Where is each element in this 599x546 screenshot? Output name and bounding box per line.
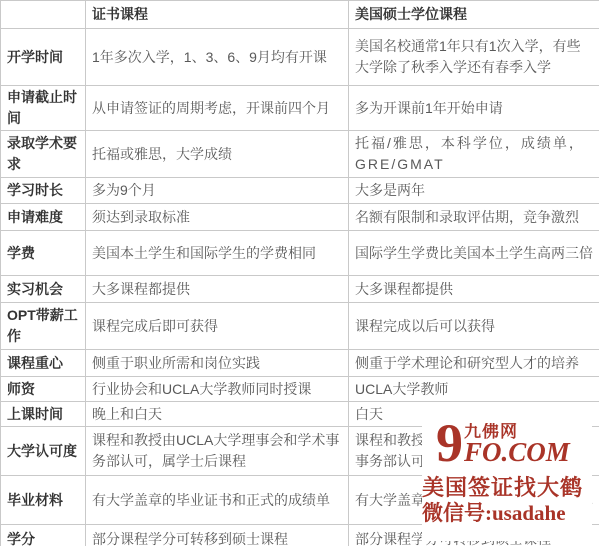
table-row: 师资 行业协会和UCLA大学教师同时授课 UCLA大学教师 [1,377,599,402]
cert-cell: 行业协会和UCLA大学教师同时授课 [86,377,349,402]
cert-cell: 多为9个月 [86,178,349,204]
table-row: 开学时间 1年多次入学，1、3、6、9月均有开课 美国名校通常1年只有1次入学，… [1,29,599,86]
row-label: 学分 [1,525,86,546]
master-cell: 多为开课前1年开始申请 [349,86,599,131]
table-header-row: 证书课程 美国硕士学位课程 [1,1,599,29]
watermark-slogan: 美国签证找大鹤 [422,475,592,501]
cert-cell: 课程完成后即可获得 [86,303,349,350]
table-row: 实习机会 大多课程都提供 大多课程都提供 [1,276,599,303]
master-cell: 美国名校通常1年只有1次入学，有些大学除了秋季入学还有春季入学 [349,29,599,86]
site-logo: 9 九佛网 FO.COM [436,423,592,467]
row-label: 上课时间 [1,402,86,427]
master-cell: 侧重于学术理论和研究型人才的培养 [349,350,599,377]
row-label: 申请难度 [1,204,86,231]
row-label: OPT带薪工作 [1,303,86,350]
row-label: 师资 [1,377,86,402]
cert-cell: 大多课程都提供 [86,276,349,303]
master-cell: 托福/雅思，本科学位，成绩单，GRE/GMAT [349,131,599,178]
row-label: 学习时长 [1,178,86,204]
cert-cell: 有大学盖章的毕业证书和正式的成绩单 [86,476,349,525]
row-label: 开学时间 [1,29,86,86]
table-row: 学费 美国本土学生和国际学生的学费相同 国际学生学费比美国本土学生高两三倍 [1,231,599,276]
header-corner-cell [1,1,86,29]
master-cell: 名额有限制和录取评估期，竞争激烈 [349,204,599,231]
site-watermark: 9 九佛网 FO.COM 美国签证找大鹤 微信号:usadahe [422,423,592,541]
master-cell: 课程完成以后可以获得 [349,303,599,350]
table-row: 课程重心 侧重于职业所需和岗位实践 侧重于学术理论和研究型人才的培养 [1,350,599,377]
row-label: 录取学术要求 [1,131,86,178]
master-cell: 大多课程都提供 [349,276,599,303]
row-label: 大学认可度 [1,427,86,476]
row-label: 课程重心 [1,350,86,377]
comparison-page: 证书课程 美国硕士学位课程 开学时间 1年多次入学，1、3、6、9月均有开课 美… [0,0,599,546]
cert-cell: 部分课程学分可转移到硕士课程 [86,525,349,546]
cert-cell: 课程和教授由UCLA大学理事会和学术事务部认可，属学士后课程 [86,427,349,476]
logo-domain: FO.COM [464,440,570,464]
cert-cell: 托福或雅思，大学成绩 [86,131,349,178]
header-master-degree: 美国硕士学位课程 [349,1,599,29]
row-label: 实习机会 [1,276,86,303]
watermark-wechat-id: 微信号:usadahe [422,501,592,525]
cert-cell: 从申请签证的周期考虑，开课前四个月 [86,86,349,131]
cert-cell: 1年多次入学，1、3、6、9月均有开课 [86,29,349,86]
table-row: 学习时长 多为9个月 大多是两年 [1,178,599,204]
cert-cell: 美国本土学生和国际学生的学费相同 [86,231,349,276]
row-label: 申请截止时间 [1,86,86,131]
cert-cell: 须达到录取标准 [86,204,349,231]
table-row: 录取学术要求 托福或雅思，大学成绩 托福/雅思，本科学位，成绩单，GRE/GMA… [1,131,599,178]
master-cell: 国际学生学费比美国本土学生高两三倍 [349,231,599,276]
master-cell: UCLA大学教师 [349,377,599,402]
row-label: 学费 [1,231,86,276]
table-row: 申请截止时间 从申请签证的周期考虑，开课前四个月 多为开课前1年开始申请 [1,86,599,131]
master-cell: 大多是两年 [349,178,599,204]
cert-cell: 侧重于职业所需和岗位实践 [86,350,349,377]
table-row: 申请难度 须达到录取标准 名额有限制和录取评估期，竞争激烈 [1,204,599,231]
table-row: OPT带薪工作 课程完成后即可获得 课程完成以后可以获得 [1,303,599,350]
header-cert-course: 证书课程 [86,1,349,29]
cert-cell: 晚上和白天 [86,402,349,427]
row-label: 毕业材料 [1,476,86,525]
logo-numeral: 9 [436,423,463,463]
